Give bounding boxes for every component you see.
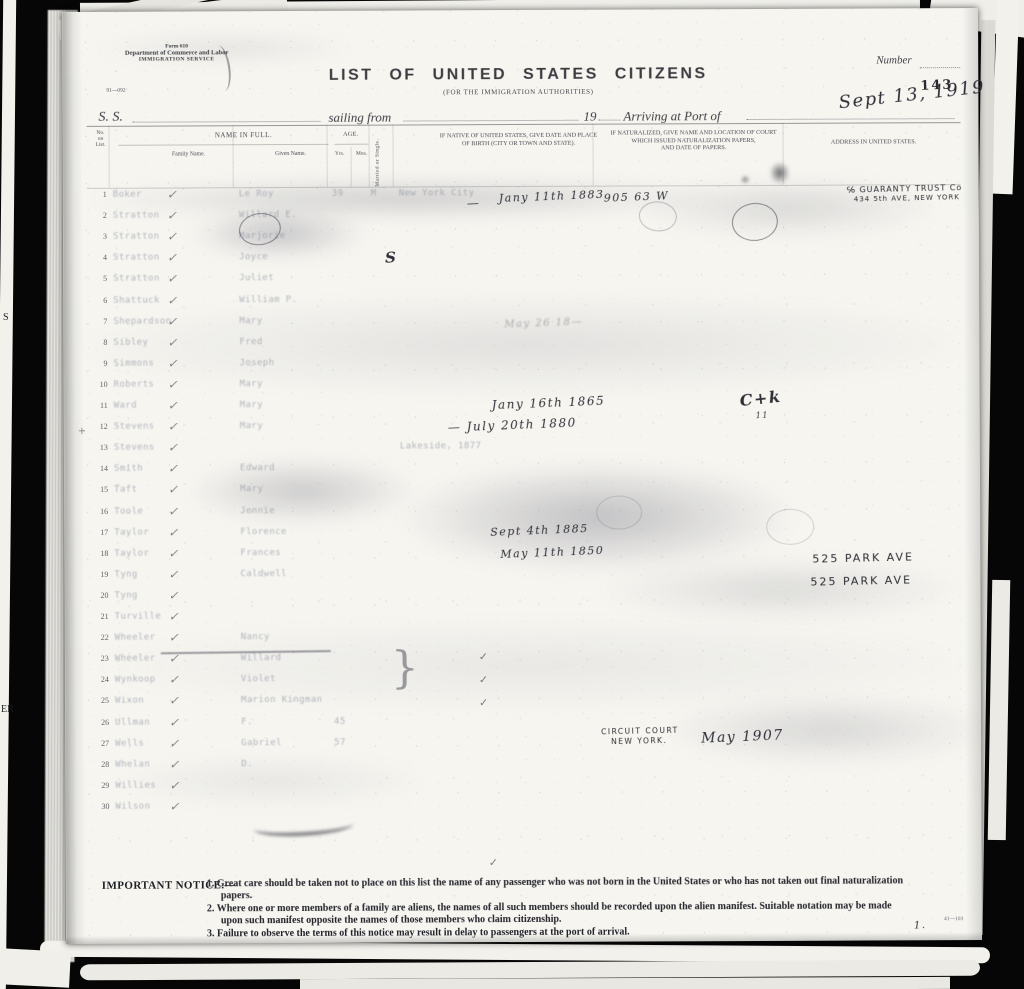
row-number: 22 <box>89 633 109 642</box>
pen-checkmark: ✓ <box>169 631 179 645</box>
given-name: Caldwell <box>240 569 287 579</box>
family-name: Taft <box>114 485 137 495</box>
row-number: 11 <box>88 401 108 410</box>
pen-checkmark: ✓ <box>167 230 177 244</box>
family-name: Tyng <box>114 591 137 601</box>
family-name: Wheeler <box>115 654 156 664</box>
row-number: 6 <box>87 295 107 304</box>
handwritten-dash: — <box>467 196 481 211</box>
family-name: Turville <box>115 612 162 622</box>
family-name: Whelan <box>115 759 150 769</box>
row-number: 23 <box>89 654 109 663</box>
pen-checkmark: ✓ <box>167 293 177 307</box>
family-name: Wynkoop <box>115 675 156 685</box>
pen-checkmark: ✓ <box>168 420 178 434</box>
edge-letter: S <box>3 312 9 323</box>
handwritten-footer-mark: 1. <box>914 920 927 931</box>
pen-checkmark: ✓ <box>168 567 178 581</box>
pen-circle-mark <box>766 509 814 545</box>
row-number: 30 <box>89 802 109 811</box>
given-name: D. <box>241 759 253 769</box>
row-number: 9 <box>87 359 107 368</box>
table-row: 30Wilson✓ <box>65 798 981 823</box>
col-header-family: Family Name. <box>149 151 229 157</box>
family-name: Ullman <box>115 717 150 727</box>
family-name: Taylor <box>114 527 149 537</box>
row-number: 1 <box>87 190 107 199</box>
pen-checkmark: ✓ <box>169 673 179 687</box>
col-header-naturalized: IF NATURALIZED, GIVE NAME AND LOCATION O… <box>593 129 793 152</box>
row-number: 20 <box>88 591 108 600</box>
manifest-sheet: Form 610 Department of Commerce and Labo… <box>62 8 982 944</box>
family-name: Wixon <box>115 696 144 706</box>
row-number: 27 <box>89 738 109 747</box>
given-name: William P. <box>239 294 297 304</box>
col-header-married-single: Married or Single. <box>374 129 380 187</box>
family-name: Boker <box>113 190 142 200</box>
pen-checkmark: ✓ <box>169 736 179 750</box>
row-number: 3 <box>87 232 107 241</box>
pen-checkmark: ✓ <box>169 757 179 771</box>
pen-checkmark: ✓ <box>169 778 179 792</box>
pen-checkmark: ✓ <box>167 356 177 370</box>
married-single-value: M <box>371 189 377 199</box>
handwritten-naturalization-date: May 1907 <box>701 727 784 746</box>
age-value: 57 <box>334 737 346 747</box>
ship-name-blank <box>132 105 320 123</box>
given-name: Le Roy <box>239 189 274 199</box>
pen-checkmark: ✓ <box>479 696 488 709</box>
col-header-mos: Mos. <box>349 151 375 157</box>
col-header-address: ADDRESS IN UNITED STATES. <box>794 138 954 146</box>
given-name: Jennie <box>240 506 275 516</box>
given-name: Juliet <box>239 273 274 283</box>
row-number: 5 <box>87 274 107 283</box>
pen-checkmark: ✓ <box>489 856 498 869</box>
row-number: 10 <box>88 380 108 389</box>
pen-checkmark: ✓ <box>168 399 178 413</box>
family-name: Wilson <box>115 802 150 812</box>
table-rows: 1Boker✓Le Roy39MNew York City2Stratton✓W… <box>63 186 982 830</box>
page-subtitle: (FOR THE IMMIGRATION AUTHORITIES) <box>443 88 594 97</box>
print-code: 41—103 <box>944 916 963 922</box>
given-name: Mary <box>240 379 263 389</box>
ink-blot <box>769 161 791 185</box>
notice-item: 3. Failure to observe the terms of this … <box>207 925 913 940</box>
family-name: Simmons <box>113 358 154 368</box>
row-number: 14 <box>88 464 108 473</box>
family-name: Stratton <box>113 253 160 263</box>
given-name: Mary <box>240 400 263 410</box>
row-number: 21 <box>89 612 109 621</box>
year-blank <box>598 104 620 121</box>
notice-item: 2. Where one or more members of a family… <box>207 900 913 927</box>
row-number: 2 <box>87 211 107 220</box>
row-number: 18 <box>88 548 108 557</box>
row-number: 28 <box>89 759 109 768</box>
family-name: Willies <box>115 780 156 790</box>
pen-checkmark: ✓ <box>167 209 177 223</box>
handwritten-address: 525 PARK AVE <box>810 573 912 588</box>
family-name: Roberts <box>114 379 155 389</box>
row-number: 17 <box>88 527 108 536</box>
pen-circle-mark <box>596 495 642 529</box>
given-name: Violet <box>241 674 276 684</box>
pen-checkmark: ✓ <box>168 441 178 455</box>
given-name: Edward <box>240 463 275 473</box>
row-number: 4 <box>87 253 107 262</box>
scanned-manifest-page: S ER Form 610 Department of Commerce and… <box>0 0 1024 989</box>
row-number: 25 <box>89 696 109 705</box>
given-name: Joseph <box>239 358 274 368</box>
form-code: 91—092 <box>106 88 125 94</box>
family-name: Toole <box>114 506 143 516</box>
pen-plus-mark: + <box>78 426 86 437</box>
family-name: Sibley <box>113 337 148 347</box>
pen-checkmark: ✓ <box>169 609 179 623</box>
age-value: 45 <box>334 716 346 726</box>
given-name: Joyce <box>239 252 268 262</box>
family-name: Wheeler <box>115 633 156 643</box>
pen-checkmark: ✓ <box>479 673 488 686</box>
handwritten-small-note: 11 <box>756 411 770 421</box>
family-name: Taylor <box>114 548 149 558</box>
row-number: 15 <box>88 485 108 494</box>
col-header-no: No. on List. <box>88 130 112 148</box>
pen-checkmark: ✓ <box>169 694 179 708</box>
ink-blot <box>741 175 750 184</box>
pen-checkmark: ✓ <box>168 462 178 476</box>
col-header-name: NAME IN FULL. <box>168 131 318 140</box>
number-blank <box>920 54 960 68</box>
given-name: Frances <box>240 548 281 558</box>
col-header-age: AGE. <box>330 131 370 138</box>
handwritten-address: 525 PARK AVE <box>812 550 914 565</box>
pen-checkmark: ✓ <box>167 272 177 286</box>
family-name: Stratton <box>113 211 160 221</box>
row-number: 12 <box>88 422 108 431</box>
given-name: Fred <box>239 337 262 347</box>
family-name: Shepardson <box>113 316 171 326</box>
given-name: Mary <box>240 421 263 431</box>
family-name: Stratton <box>113 232 160 242</box>
family-name: Smith <box>114 464 143 474</box>
pen-checkmark: ✓ <box>167 251 177 265</box>
under-page-edge <box>300 977 950 989</box>
pen-checkmark: ✓ <box>168 377 178 391</box>
pen-checkmark: ✓ <box>168 504 178 518</box>
given-name: Willard <box>241 653 282 663</box>
given-name: Marion Kingman <box>241 695 323 705</box>
family-name: Stevens <box>114 422 155 432</box>
family-name: Wells <box>115 738 144 748</box>
family-name: Stevens <box>114 443 155 453</box>
native-info: Lakeside, 1877 <box>400 441 482 451</box>
port-blank <box>403 104 578 122</box>
family-name: Stratton <box>113 274 160 284</box>
row-number: 8 <box>87 337 107 346</box>
pen-checkmark: ✓ <box>168 525 178 539</box>
family-name: Shattuck <box>113 295 160 305</box>
pen-checkmark: ✓ <box>167 314 177 328</box>
row-number: 7 <box>87 316 107 325</box>
under-page-edge <box>988 580 1011 840</box>
given-name: F. <box>241 717 253 727</box>
page-title: LIST OF UNITED STATES CITIZENS <box>329 65 708 85</box>
given-name: Mary <box>239 316 262 326</box>
given-name: Nancy <box>241 632 270 642</box>
pen-checkmark: ✓ <box>479 650 488 663</box>
year-label: 19 <box>583 109 596 125</box>
row-number: 16 <box>88 506 108 515</box>
ss-label: S. S. <box>98 110 123 126</box>
row-number: 29 <box>89 781 109 790</box>
handwritten-letter-s: S <box>385 248 398 266</box>
row-number: 13 <box>88 443 108 452</box>
arriving-label: Arriving at Port of <box>623 108 720 124</box>
given-name: Mary <box>240 485 263 495</box>
family-name: Ward <box>114 401 137 411</box>
notice-items: 1. Great care should be taken not to pla… <box>207 875 913 941</box>
age-value: 39 <box>332 189 344 199</box>
under-page-corner <box>0 948 71 988</box>
pen-brace: } <box>391 642 419 693</box>
pen-checkmark: ✓ <box>169 799 179 813</box>
pen-checkmark: ✓ <box>168 546 178 560</box>
pen-checkmark: ✓ <box>168 483 178 497</box>
family-name: Tyng <box>114 569 137 579</box>
sailing-from-label: sailing from <box>328 110 391 126</box>
handwritten-cert-number: 905 63 W <box>604 189 670 205</box>
edge-letter: ER <box>1 704 14 715</box>
native-info: New York City <box>399 188 475 198</box>
row-number: 24 <box>89 675 109 684</box>
given-name: Gabriel <box>241 738 282 748</box>
row-number: 19 <box>88 570 108 579</box>
pen-checkmark: ✓ <box>167 188 177 202</box>
given-name: Florence <box>240 527 287 537</box>
number-label: Number <box>876 54 912 66</box>
pen-checkmark: ✓ <box>167 335 177 349</box>
notice-item: 1. Great care should be taken not to pla… <box>207 875 913 902</box>
handwritten-court-line2: NEW YORK. <box>611 736 667 746</box>
row-number: 26 <box>89 717 109 726</box>
under-page-edge <box>0 0 16 989</box>
pen-checkmark: ✓ <box>169 715 179 729</box>
handwritten-court-line1: CIRCUIT COURT <box>601 726 679 737</box>
pen-checkmark: ✓ <box>168 588 178 602</box>
col-header-given: Given Name. <box>251 151 331 157</box>
